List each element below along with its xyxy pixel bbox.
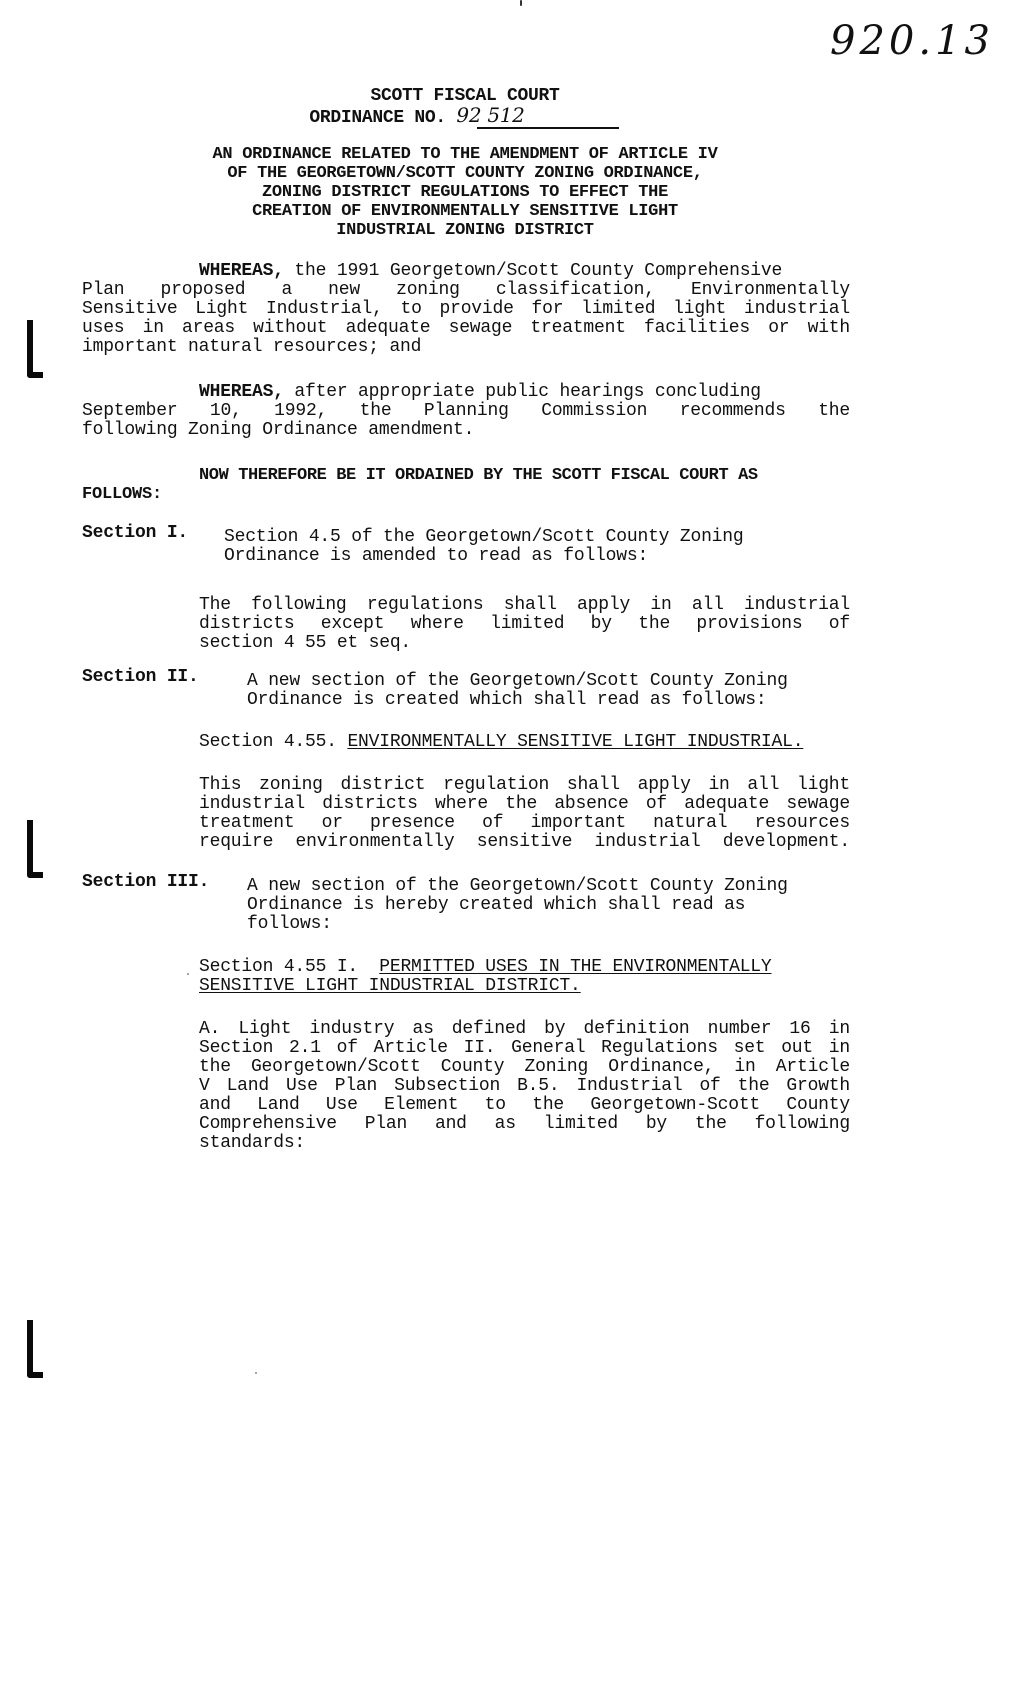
document-page: 920.13 SCOTT FISCAL COURT ORDINANCE NO. … [0, 0, 1024, 1684]
whereas-lead: WHEREAS, [199, 261, 284, 281]
paragraph-line: require environmentally sensitive indust… [199, 833, 850, 852]
whereas-first-line: WHEREAS, the 1991 Georgetown/Scott Count… [199, 262, 782, 281]
paragraph-line: districts except where limited by the pr… [199, 615, 850, 634]
whereas-first-line: WHEREAS, after appropriate public hearin… [199, 383, 761, 402]
subsection-number: Section 4.55 I. [199, 957, 358, 977]
section-intro-line: Ordinance is amended to read as follows: [224, 547, 648, 566]
title-line: AN ORDINANCE RELATED TO THE AMENDMENT OF… [0, 145, 930, 164]
paragraph-line: important natural resources; and [82, 338, 421, 357]
title-line: ZONING DISTRICT REGULATIONS TO EFFECT TH… [0, 183, 930, 202]
scan-speck [255, 1372, 257, 1374]
scan-speck [520, 0, 522, 6]
section-intro-line: Ordinance is created which shall read as… [247, 691, 767, 710]
paragraph-line: A. Light industry as defined by definiti… [199, 1020, 850, 1039]
section-label: Section I. [82, 524, 188, 543]
paragraph-line: September 10, 1992, the Planning Commiss… [82, 402, 850, 421]
margin-bracket-mark [27, 820, 43, 878]
section-label: Section III. [82, 873, 209, 892]
margin-bracket-mark [27, 1320, 43, 1378]
paragraph-line: and Land Use Element to the Georgetown-S… [199, 1096, 850, 1115]
paragraph-line: section 4 55 et seq. [199, 634, 411, 653]
paragraph-line: Section 2.1 of Article II. General Regul… [199, 1039, 850, 1058]
ordinance-number-underline [477, 127, 619, 129]
section-intro-line: A new section of the Georgetown/Scott Co… [247, 672, 788, 691]
ordinance-number-line: ORDINANCE NO. 92 512 [0, 106, 900, 128]
enacting-line: FOLLOWS: [82, 485, 162, 504]
title-line: OF THE GEORGETOWN/SCOTT COUNTY ZONING OR… [0, 164, 930, 183]
title-line: CREATION OF ENVIRONMENTALLY SENSITIVE LI… [0, 202, 930, 221]
paragraph-line: The following regulations shall apply in… [199, 596, 850, 615]
paragraph-line: industrial districts where the absence o… [199, 795, 850, 814]
paragraph-line: uses in areas without adequate sewage tr… [82, 319, 850, 338]
enacting-line: NOW THEREFORE BE IT ORDAINED BY THE SCOT… [199, 466, 758, 485]
subsection-title-continued: SENSITIVE LIGHT INDUSTRIAL DISTRICT. [199, 977, 581, 996]
subsection-heading: Section 4.55. ENVIRONMENTALLY SENSITIVE … [199, 733, 850, 752]
scan-speck [187, 973, 189, 975]
paragraph-line: This zoning district regulation shall ap… [199, 776, 850, 795]
paragraph-line: Plan proposed a new zoning classificatio… [82, 281, 850, 300]
section-intro-line: A new section of the Georgetown/Scott Co… [247, 877, 788, 896]
paragraph-line: following Zoning Ordinance amendment. [82, 421, 474, 440]
paragraph-line: Comprehensive Plan and as limited by the… [199, 1115, 850, 1134]
title-line: INDUSTRIAL ZONING DISTRICT [0, 221, 930, 240]
subsection-heading: Section 4.55 I. PERMITTED USES IN THE EN… [199, 958, 850, 977]
paragraph-line: V Land Use Plan Subsection B.5. Industri… [199, 1077, 850, 1096]
subsection-title: ENVIRONMENTALLY SENSITIVE LIGHT INDUSTRI… [347, 732, 803, 752]
subsection-number: Section 4.55. [199, 732, 337, 752]
subsection-title: PERMITTED USES IN THE ENVIRONMENTALLY [379, 957, 771, 977]
paragraph-line: Sensitive Light Industrial, to provide f… [82, 300, 850, 319]
handwritten-file-mark: 920.13 [830, 18, 994, 64]
whereas-lead: WHEREAS, [199, 382, 284, 402]
paragraph-line: treatment or presence of important natur… [199, 814, 850, 833]
ordinance-number: 92 512 [456, 103, 524, 127]
paragraph-line: standards: [199, 1134, 305, 1153]
paragraph-line: the Georgetown/Scott County Zoning Ordin… [199, 1058, 850, 1077]
ordinance-label: ORDINANCE NO. [309, 108, 446, 128]
section-intro-line: follows: [247, 915, 332, 934]
section-label: Section II. [82, 668, 199, 687]
section-intro-line: Ordinance is hereby created which shall … [247, 896, 745, 915]
section-intro-line: Section 4.5 of the Georgetown/Scott Coun… [224, 528, 744, 547]
margin-bracket-mark [27, 320, 43, 378]
